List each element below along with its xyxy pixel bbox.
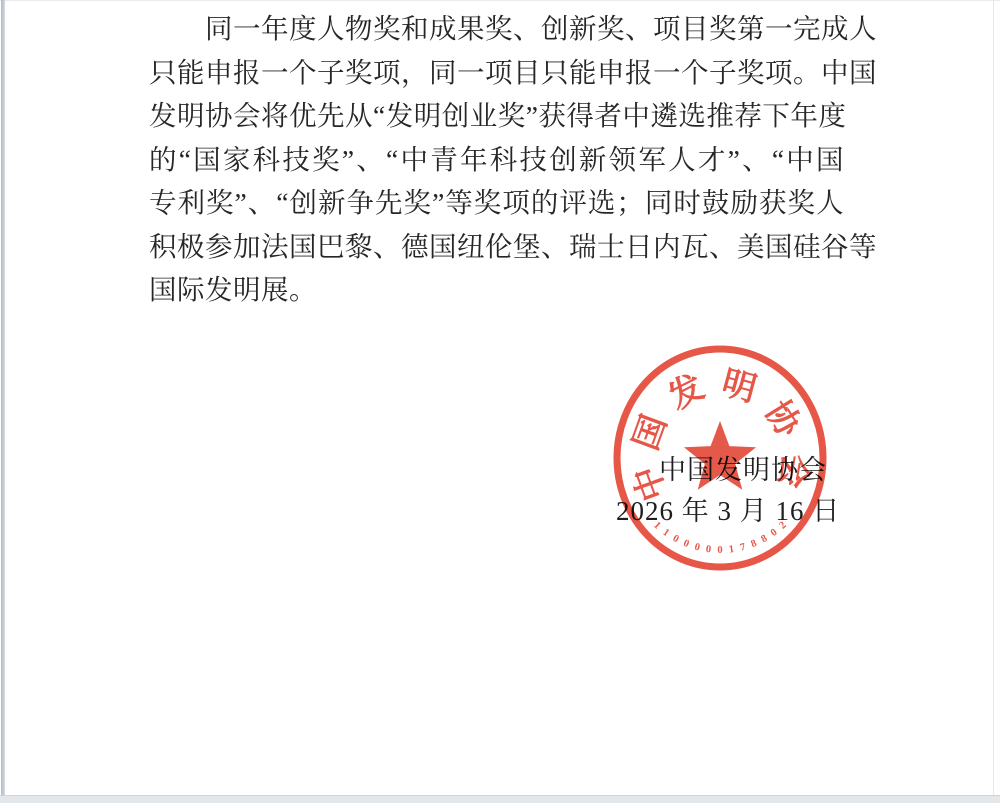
seal-serial-digit: 0 [705,544,712,556]
seal-serial-digit: 1 [728,544,735,556]
paragraph-line: 只能申报一个子奖项，同一项目只能申报一个子奖项。中国 [149,51,844,95]
paragraph-line: 发明协会将优先从“发明创业奖”获得者中遴选推荐下年度 [149,94,844,138]
scan-edge-left [1,0,5,797]
seal-serial-digit: 0 [671,533,681,545]
seal-serial-digit: 0 [682,538,691,550]
seal-serial-digit: 7 [739,542,747,554]
body-paragraph: 同一年度人物奖和成果奖、创新奖、项目奖第一完成人 只能申报一个子奖项，同一项目只… [149,7,844,312]
seal-serial-digit: 0 [717,545,722,556]
paragraph-line: 国际发明展。 [149,268,844,312]
seal-arc-char: 协 [758,394,809,445]
paragraph-line: 同一年度人物奖和成果奖、创新奖、项目奖第一完成人 [149,7,844,51]
paragraph-line: 专利奖”、“创新争先奖”等奖项的评选；同时鼓励获奖人 [149,181,844,225]
paragraph-line: 的“国家科技奖”、“中青年科技创新领军人才”、“中国 [149,138,844,182]
document-page: 同一年度人物奖和成果奖、创新奖、项目奖第一完成人 只能申报一个子奖项，同一项目只… [0,0,1000,803]
scan-edge-bottom [0,795,1000,803]
seal-serial-digit: 0 [769,527,780,539]
paragraph-line: 积极参加法国巴黎、德国纽伦堡、瑞士日内瓦、美国硅谷等 [149,225,844,269]
seal-arc-char: 明 [718,364,761,410]
signature-organization: 中国发明协会 [659,448,827,487]
seal-serial-digit: 8 [749,538,758,550]
signature-date: 2026 年 3 月 16 日 [616,489,840,528]
seal-serial-digit: 0 [693,542,701,554]
scan-edge-right [993,0,994,797]
scan-edge-top [0,0,1000,1]
seal-serial-digit: 1 [660,527,671,539]
seal-serial-digit: 8 [759,533,769,545]
seal-arc-char: 发 [663,367,711,416]
